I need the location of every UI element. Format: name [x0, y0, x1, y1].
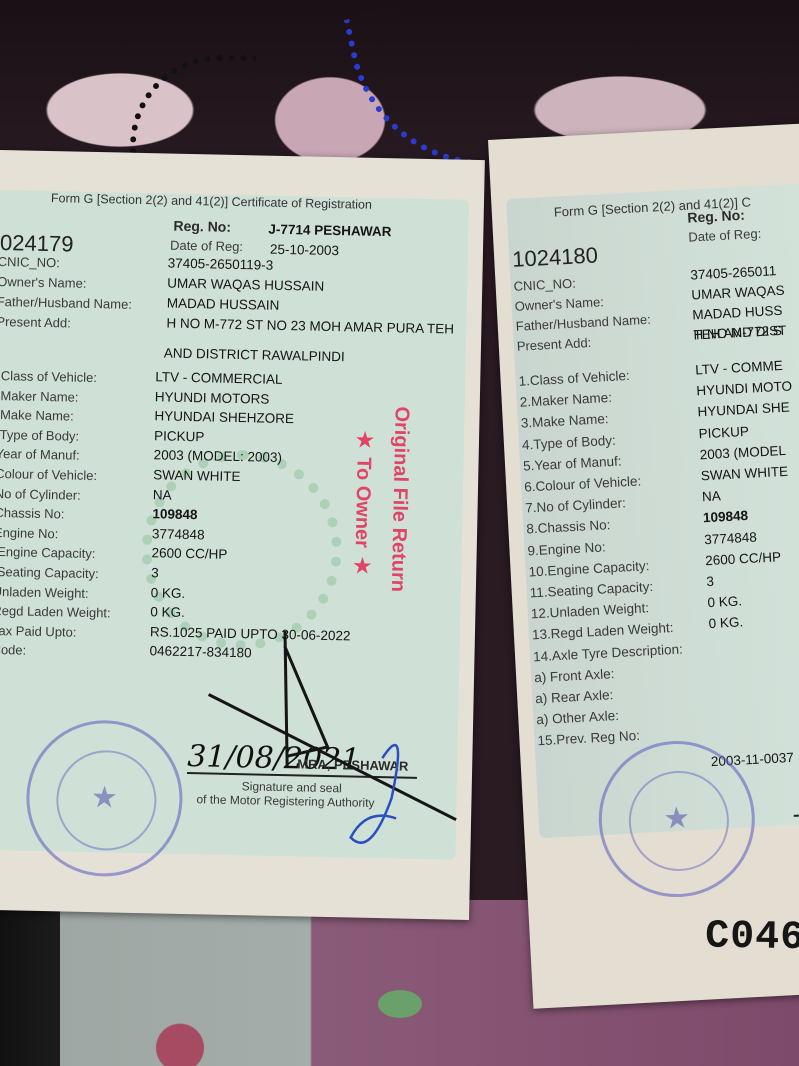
serial-number-right: 1024180 [512, 242, 599, 272]
signature-ink [0, 150, 485, 920]
field-value: NA [702, 489, 722, 505]
field-value: 0 KG. [708, 615, 743, 632]
left-page: Form G [Section 2(2) and 41(2)] Certific… [0, 150, 485, 920]
field-value: 3774848 [704, 529, 757, 547]
registration-booklet: Form G [Section 2(2) and 41(2)] Certific… [0, 140, 799, 940]
seal-star-icon: ★ [601, 797, 753, 840]
fabric-flower-pattern [140, 1005, 220, 1066]
reg-no-label-right: Reg. No: [687, 207, 745, 226]
booklet-serial-number: C04622 [705, 914, 799, 962]
right-page: Form G [Section 2(2) and 41(2)] C 102418… [488, 123, 799, 1009]
field-value: 109848 [703, 508, 749, 525]
field-value: 0 KG. [707, 594, 742, 611]
fabric-leaf-pattern [378, 990, 422, 1018]
field-value: 3 [706, 574, 714, 589]
field-value: PICKUP [698, 423, 749, 441]
